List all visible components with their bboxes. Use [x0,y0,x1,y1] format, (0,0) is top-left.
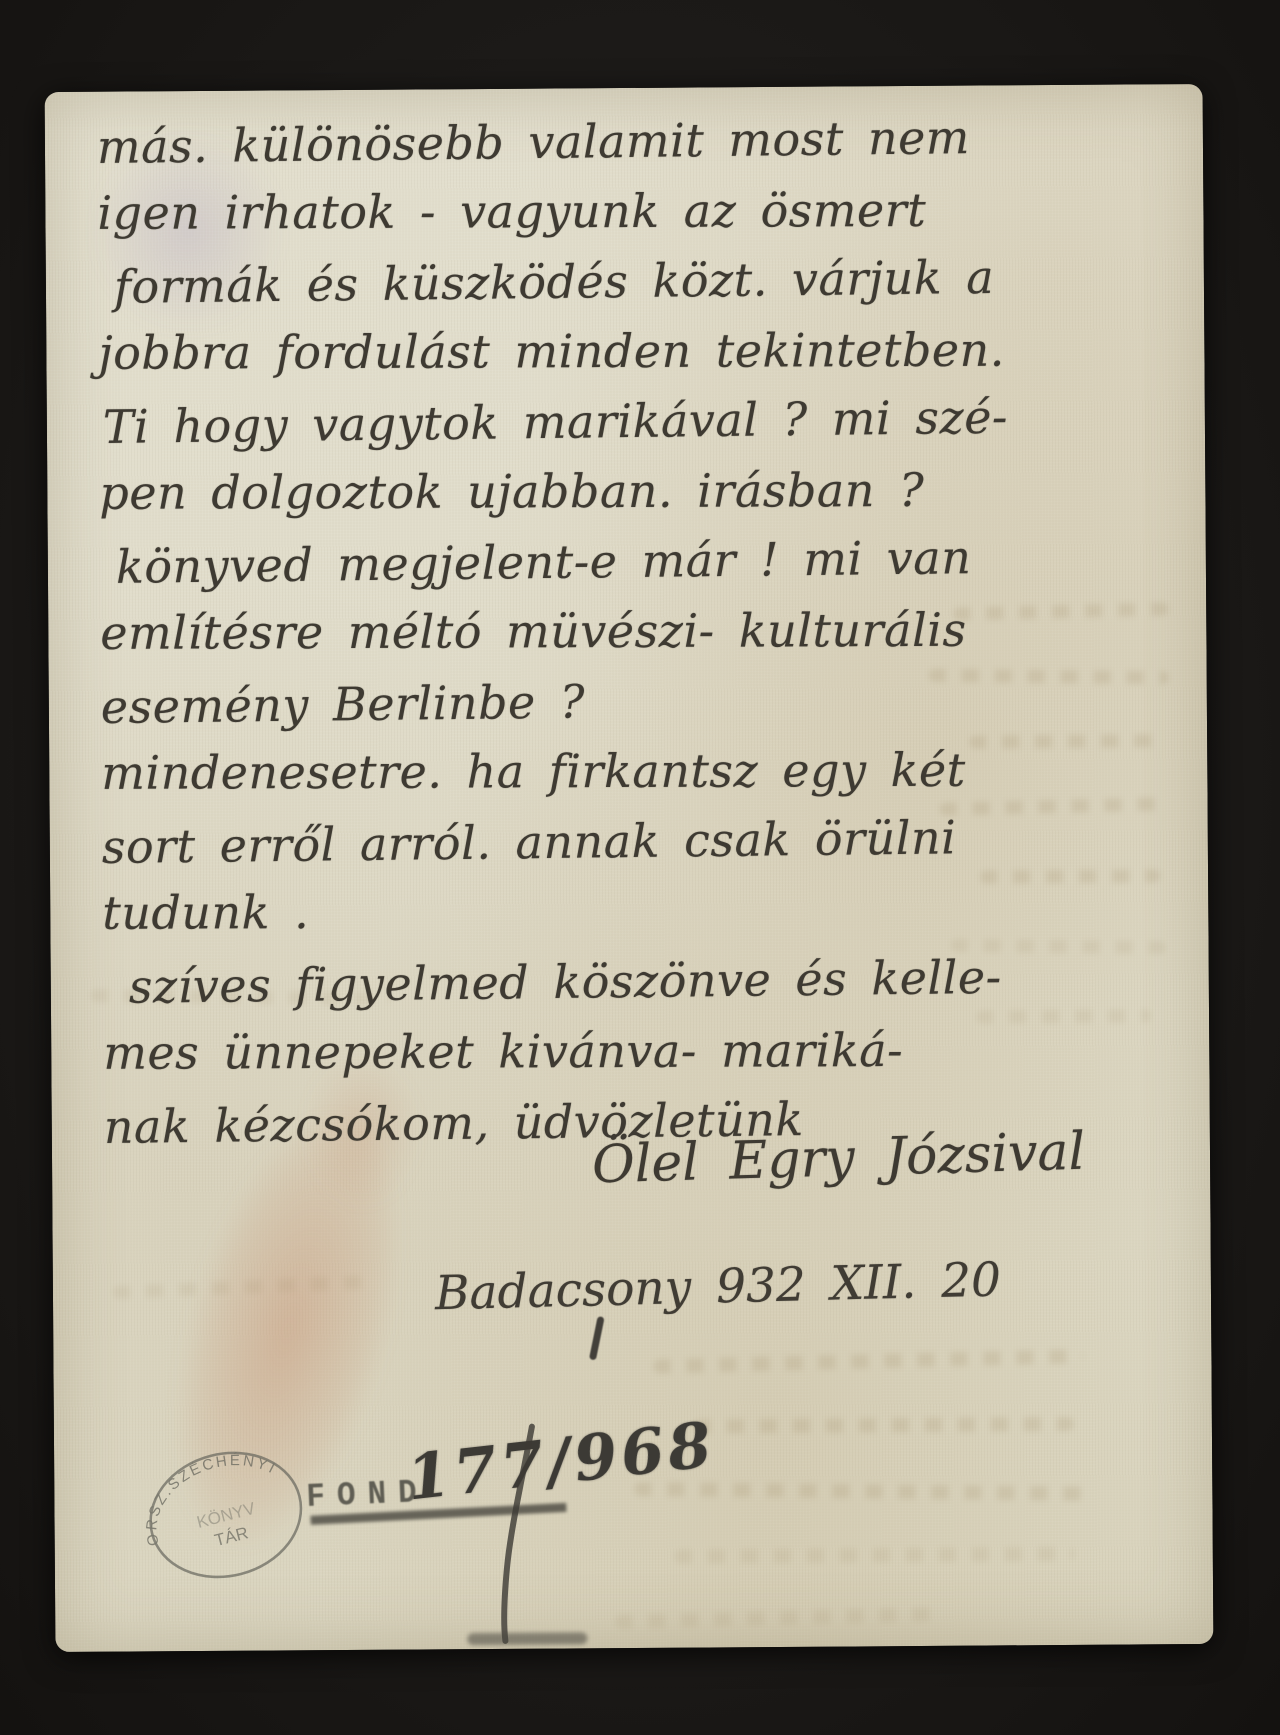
library-stamp: ORSZ.SZÉCHÉNYI KÖNYV TÁR [121,1423,333,1613]
library-stamp-line3: TÁR [213,1523,251,1550]
bleed-through-line [675,1547,1075,1564]
letter-line: Ti hogy vagytok marikával ? mi szé- [103,380,1170,462]
bleed-through-line [634,1482,1094,1501]
signature-line: Ölel Egry Józsival [591,1122,1086,1196]
bleed-through-line [653,1349,1083,1374]
letter-line: mes ünnepeket kivánva- mariká- [103,1014,1173,1088]
bleed-through-line [694,1417,1074,1434]
letter-text-block: más. különösebb valamit most nemigen irh… [97,102,1174,1159]
letter-line: mindenesetre. ha firkantsz egy két [101,734,1171,808]
letter-line: tudunk . [102,874,1172,948]
letter-line: pen dolgoztok ujabban. irásban ? [99,454,1169,528]
letter-line: szíves figyelmed köszönve és kelle- [128,940,1173,1022]
ink-fleck [589,1316,605,1361]
fond-number: 177/968 [403,1407,719,1514]
letter-line: igen irhatok - vagyunk az ösmert [97,174,1167,248]
letter-line: jobbra fordulást minden tekintetben. [98,314,1168,388]
bleed-through-line [615,1607,945,1629]
bleed-through-line [113,1275,373,1299]
letter-line: más. különösebb valamit most nem [97,100,1168,182]
letter-line: esemény Berlinbe ? [100,660,1171,742]
letter-line: könyved megjelent-e már ! mi van [115,520,1170,602]
letter-line: formák és küszködés közt. várjuk a [114,240,1169,322]
letter-line: említésre méltó müvészi- kulturális [100,594,1170,668]
dateline: Badacsony 932 XII. 20 [434,1252,1001,1321]
scanner-mat-background: más. különösebb valamit most nemigen irh… [0,0,1280,1735]
letter-line: sort erről arról. annak csak örülni [101,800,1172,882]
letter-page: más. különösebb valamit most nemigen irh… [45,84,1214,1652]
